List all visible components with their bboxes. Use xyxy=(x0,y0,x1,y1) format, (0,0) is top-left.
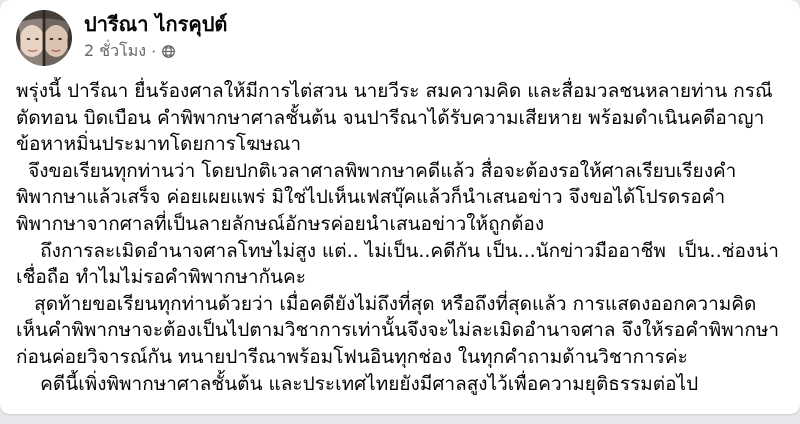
post-paragraph: คดีนี้เพิ่งพิพากษาศาลชั้นต้น และประเทศไท… xyxy=(16,371,784,398)
post-paragraph: พรุ่งนี้ ปารีณา ยื่นร้องศาลให้มีการไต่สว… xyxy=(16,78,784,158)
post-paragraph: จึงขอเรียนทุกท่านว่า โดยปกติเวลาศาลพิพาก… xyxy=(16,158,784,238)
post-paragraph: ถึงการละเมิดอำนาจศาลโทษไม่สูง แต่.. ไม่เ… xyxy=(16,238,784,291)
meta-separator: · xyxy=(151,42,156,61)
post-paragraph: สุดท้ายขอเรียนทุกท่านด้วยว่า เมื่อคดียัง… xyxy=(16,291,784,371)
timestamp[interactable]: 2 ชั่วโมง xyxy=(84,39,146,64)
post-header: ปารีณา ไกรคุปต์ 2 ชั่วโมง · xyxy=(0,0,800,70)
facebook-post-card: ปารีณา ไกรคุปต์ 2 ชั่วโมง · พรุ่งนี้ ปาร… xyxy=(0,0,800,414)
author-name[interactable]: ปารีณา ไกรคุปต์ xyxy=(84,12,227,37)
post-text: พรุ่งนี้ ปารีณา ยื่นร้องศาลให้มีการไต่สว… xyxy=(0,70,800,397)
split-portrait-avatar-icon xyxy=(16,10,72,66)
profile-avatar[interactable] xyxy=(16,10,72,66)
globe-privacy-icon xyxy=(161,44,176,59)
post-meta: 2 ชั่วโมง · xyxy=(84,39,227,64)
post-header-text: ปารีณา ไกรคุปต์ 2 ชั่วโมง · xyxy=(84,12,227,64)
